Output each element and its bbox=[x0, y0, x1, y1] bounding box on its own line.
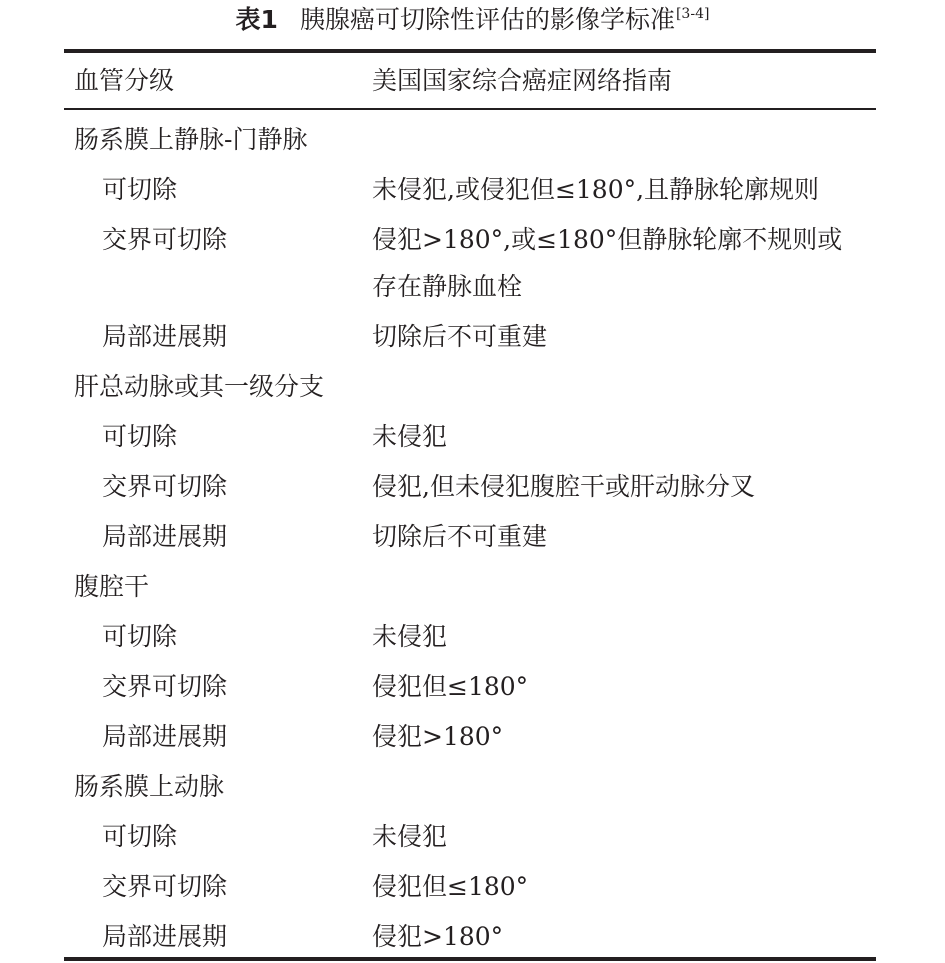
table-row: 可切除 未侵犯,或侵犯但≤180°,且静脉轮廓规则 bbox=[64, 160, 876, 210]
grade-cell: 交界可切除 bbox=[102, 463, 227, 510]
table-body: 肠系膜上静脉-门静脉 可切除 未侵犯,或侵犯但≤180°,且静脉轮廓规则 交界可… bbox=[64, 110, 876, 957]
table-row: 局部进展期 切除后不可重建 bbox=[64, 307, 876, 357]
criteria-line-1: 侵犯>180°,或≤180°但静脉轮廓不规则或 bbox=[372, 225, 842, 254]
criteria-cell: 侵犯但≤180° bbox=[372, 663, 528, 710]
criteria-cell: 未侵犯,或侵犯但≤180°,且静脉轮廓规则 bbox=[372, 166, 819, 213]
table-row: 可切除 未侵犯 bbox=[64, 607, 876, 657]
criteria-cell: 侵犯但≤180° bbox=[372, 863, 528, 910]
grade-cell: 可切除 bbox=[102, 813, 177, 860]
grade-cell: 局部进展期 bbox=[102, 913, 227, 960]
criteria-line-2: 存在静脉血栓 bbox=[372, 272, 522, 301]
table-row: 局部进展期 切除后不可重建 bbox=[64, 507, 876, 557]
citation-ref: [3-4] bbox=[676, 6, 709, 22]
table-caption: 表1胰腺癌可切除性评估的影像学标准[3-4] bbox=[0, 0, 945, 46]
table-row: 交界可切除 侵犯但≤180° bbox=[64, 857, 876, 907]
table-row: 局部进展期 侵犯>180° bbox=[64, 707, 876, 757]
criteria-cell: 未侵犯 bbox=[372, 813, 447, 860]
table-label: 表1 bbox=[236, 5, 278, 34]
grade-cell: 可切除 bbox=[102, 413, 177, 460]
criteria-cell: 侵犯,但未侵犯腹腔干或肝动脉分叉 bbox=[372, 463, 755, 510]
grade-cell: 局部进展期 bbox=[102, 313, 227, 360]
group-row-cha: 肝总动脉或其一级分支 bbox=[64, 357, 876, 407]
grade-cell: 可切除 bbox=[102, 166, 177, 213]
group-row-smv-pv: 肠系膜上静脉-门静脉 bbox=[64, 110, 876, 160]
criteria-cell: 侵犯>180° bbox=[372, 913, 503, 960]
group-name: 腹腔干 bbox=[74, 563, 149, 610]
grade-cell: 局部进展期 bbox=[102, 713, 227, 760]
grade-cell: 局部进展期 bbox=[102, 513, 227, 560]
grade-cell: 交界可切除 bbox=[102, 863, 227, 910]
criteria-cell: 侵犯>180°,或≤180°但静脉轮廓不规则或 存在静脉血栓 bbox=[372, 216, 842, 310]
criteria-cell: 未侵犯 bbox=[372, 613, 447, 660]
criteria-cell: 切除后不可重建 bbox=[372, 513, 547, 560]
table-row: 交界可切除 侵犯但≤180° bbox=[64, 657, 876, 707]
table-row: 可切除 未侵犯 bbox=[64, 807, 876, 857]
grade-cell: 可切除 bbox=[102, 613, 177, 660]
group-row-sma: 肠系膜上动脉 bbox=[64, 757, 876, 807]
criteria-cell: 切除后不可重建 bbox=[372, 313, 547, 360]
resectability-table: 血管分级 美国国家综合癌症网络指南 肠系膜上静脉-门静脉 可切除 未侵犯,或侵犯… bbox=[64, 49, 876, 961]
group-name: 肠系膜上静脉-门静脉 bbox=[74, 116, 307, 163]
table-title: 胰腺癌可切除性评估的影像学标准 bbox=[300, 5, 675, 34]
header-nccn-guideline: 美国国家综合癌症网络指南 bbox=[372, 62, 672, 100]
table-row: 交界可切除 侵犯>180°,或≤180°但静脉轮廓不规则或 存在静脉血栓 bbox=[64, 210, 876, 307]
table-row: 局部进展期 侵犯>180° bbox=[64, 907, 876, 957]
grade-cell: 交界可切除 bbox=[102, 663, 227, 710]
table-header: 血管分级 美国国家综合癌症网络指南 bbox=[64, 53, 876, 108]
criteria-cell: 未侵犯 bbox=[372, 413, 447, 460]
table-row: 可切除 未侵犯 bbox=[64, 407, 876, 457]
criteria-cell: 侵犯>180° bbox=[372, 713, 503, 760]
group-name: 肝总动脉或其一级分支 bbox=[74, 363, 324, 410]
group-name: 肠系膜上动脉 bbox=[74, 763, 224, 810]
group-row-celiac-trunk: 腹腔干 bbox=[64, 557, 876, 607]
header-vessel-grade: 血管分级 bbox=[74, 62, 174, 100]
grade-cell: 交界可切除 bbox=[102, 216, 227, 263]
table-row: 交界可切除 侵犯,但未侵犯腹腔干或肝动脉分叉 bbox=[64, 457, 876, 507]
